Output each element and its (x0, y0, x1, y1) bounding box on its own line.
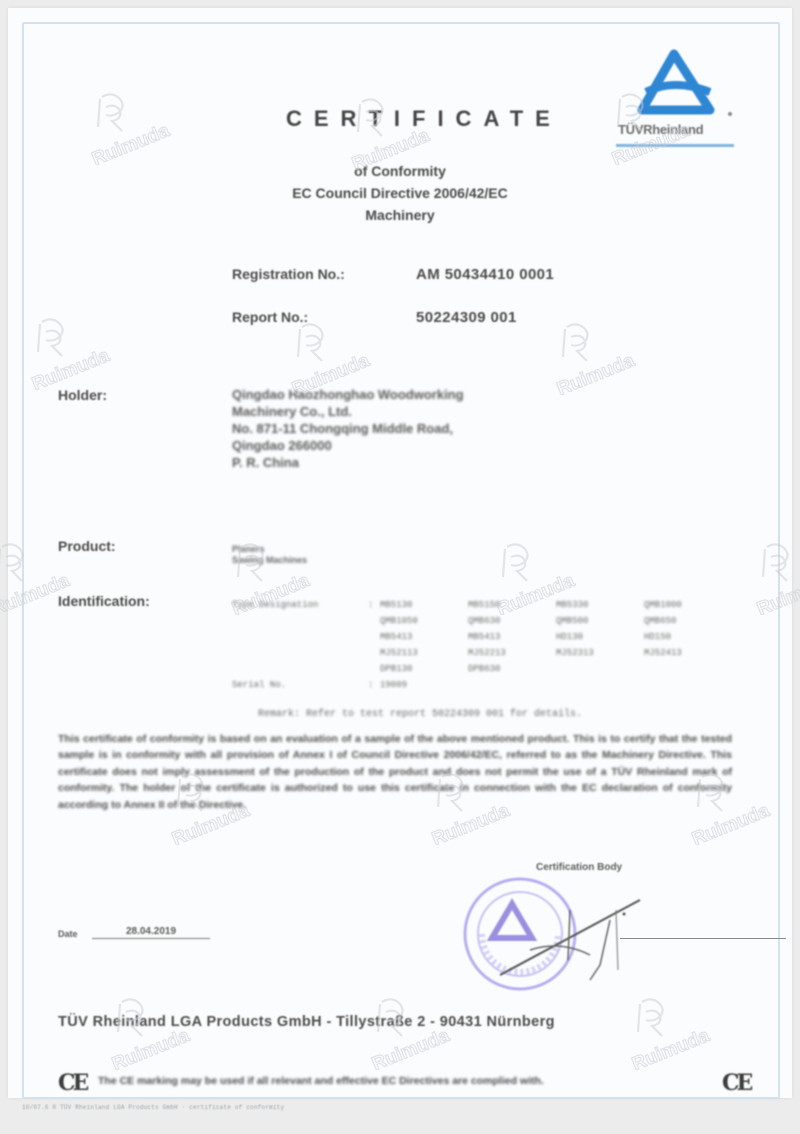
holder-address: Qingdao Haozhonghao Woodworking Machiner… (232, 386, 464, 471)
type-designation-key: Type Designation (232, 597, 368, 613)
spacer (368, 661, 380, 677)
spacer (232, 629, 368, 645)
type-cell: MB5330 (556, 597, 644, 613)
type-cell: MJ52113 (380, 645, 468, 661)
type-cell: MB5413 (468, 629, 556, 645)
type-cell: MB5150 (468, 597, 556, 613)
type-cell: QMB500 (556, 613, 644, 629)
signature-line (620, 938, 786, 939)
date-label: Date (58, 929, 78, 939)
registration-label: Registration No.: (232, 266, 345, 282)
type-cell: MJ52313 (556, 645, 644, 661)
identification-table: Type Designation : MB5130 MB5150 MB5330 … (232, 597, 732, 693)
type-cell: HD130 (556, 629, 644, 645)
certificate-title: CERTIFICATE (286, 106, 562, 132)
type-row: QMB1050 QMB630 QMB500 QMB650 (232, 613, 732, 629)
holder-line: P. R. China (232, 454, 464, 471)
footer-code: 10/07.6 ® TÜV Rheinland LGA Products Gmb… (22, 1104, 284, 1111)
type-row: Type Designation : MB5130 MB5150 MB5330 … (232, 597, 732, 613)
spacer (232, 645, 368, 661)
spacer (368, 629, 380, 645)
type-cell: DPB630 (468, 661, 556, 677)
type-cell: MJ52213 (468, 645, 556, 661)
product-label: Product: (58, 538, 116, 554)
identification-label: Identification: (58, 593, 150, 609)
product-line: Sawing Machines (232, 555, 307, 566)
logo-underline (616, 144, 734, 147)
subtitle-line: EC Council Directive 2006/42/EC (200, 182, 600, 204)
holder-line: No. 871-11 Chongqing Middle Road, (232, 420, 464, 437)
type-row: DPB130 DPB630 (232, 661, 732, 677)
report-number: 50224309 001 (416, 309, 517, 326)
subtitle-line: of Conformity (200, 160, 600, 182)
issuer-address: TÜV Rheinland LGA Products GmbH - Tillys… (58, 1014, 555, 1030)
colon: : (368, 677, 380, 693)
type-cell: MB5130 (380, 597, 468, 613)
certificate-subtitle: of Conformity EC Council Directive 2006/… (200, 160, 600, 226)
tuv-triangle-icon (612, 48, 742, 128)
type-cell: MB5413 (380, 629, 468, 645)
serial-row: Serial No. : 19009 (232, 677, 732, 693)
logo-text: TÜVRheinland (618, 122, 703, 137)
colon: : (368, 597, 380, 613)
certification-body-label: Certification Body (536, 862, 622, 873)
date-value: 28.04.2019 (92, 926, 210, 939)
holder-line: Qingdao Haozhonghao Woodworking (232, 386, 464, 403)
signature-icon (490, 880, 650, 990)
ce-mark-icon: CE (58, 1070, 86, 1096)
ce-mark-icon: CE (722, 1070, 750, 1096)
product-name: Planers Sawing Machines (232, 544, 307, 566)
holder-label: Holder: (58, 387, 107, 403)
product-line: Planers (232, 544, 307, 555)
type-row: MJ52113 MJ52213 MJ52313 MJ52413 (232, 645, 732, 661)
report-label: Report No.: (232, 309, 308, 325)
spacer (232, 661, 368, 677)
type-cell: MJ52413 (644, 645, 732, 661)
conformity-statement: This certificate of conformity is based … (58, 731, 732, 813)
ce-note: The CE marking may be used if all releva… (98, 1075, 544, 1087)
registration-number: AM 50434410 0001 (416, 266, 554, 283)
type-cell: QMB630 (468, 613, 556, 629)
holder-line: Machinery Co., Ltd. (232, 403, 464, 420)
serial-value: 19009 (380, 677, 468, 693)
type-cell: QMB650 (644, 613, 732, 629)
type-cell: HD150 (644, 629, 732, 645)
type-row: MB5413 MB5413 HD130 HD150 (232, 629, 732, 645)
subtitle-line: Machinery (200, 204, 600, 226)
spacer (368, 613, 380, 629)
spacer (232, 613, 368, 629)
spacer (368, 645, 380, 661)
type-cell: DPB130 (380, 661, 468, 677)
tuv-rheinland-logo: TÜVRheinland (612, 48, 742, 158)
remark-text: Remark: Refer to test report 50224309 00… (258, 709, 582, 720)
serial-key: Serial No. (232, 677, 368, 693)
type-cell: QMB1050 (380, 613, 468, 629)
type-cell: QMB1000 (644, 597, 732, 613)
holder-line: Qingdao 266000 (232, 437, 464, 454)
